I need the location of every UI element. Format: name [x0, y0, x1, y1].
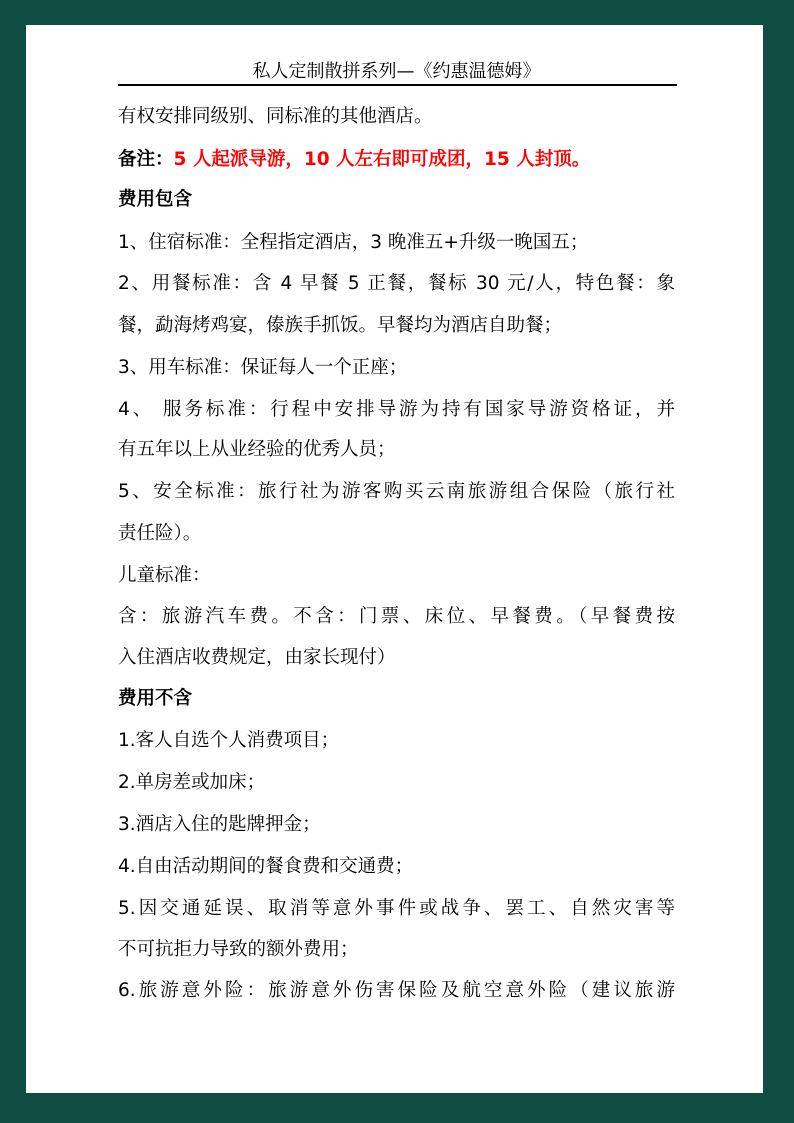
included-line: 3、用车标准：保证每人一个正座； [118, 356, 675, 380]
header-divider [118, 84, 677, 86]
intro-text: 有权安排同级别、同标准的其他酒店。 [118, 105, 675, 129]
included-line: 2、用餐标准：含 4 早餐 5 正餐，餐标 30 元/人，特色餐：象 [118, 272, 675, 296]
excluded-line: 4.自由活动期间的餐食费和交通费； [118, 855, 675, 879]
included-line: 餐，勐海烤鸡宴，傣族手抓饭。早餐均为酒店自助餐； [118, 314, 675, 338]
page-header-title: 私人定制散拼系列—《约惠温德姆》 [118, 61, 675, 83]
note-label: 备注： [118, 149, 174, 170]
note-line: 备注：5 人起派导游，10 人左右即可成团，15 人封顶。 [118, 148, 675, 172]
included-line: 有五年以上从业经验的优秀人员； [118, 438, 675, 462]
included-line: 4、 服务标准：行程中安排导游为持有国家导游资格证，并 [118, 398, 675, 422]
excluded-line: 6.旅游意外险：旅游意外伤害保险及航空意外险（建议旅游 [118, 979, 675, 1003]
included-line: 5、安全标准：旅行社为游客购买云南旅游组合保险（旅行社 [118, 480, 675, 504]
document-page: 私人定制散拼系列—《约惠温德姆》 有权安排同级别、同标准的其他酒店。 备注：5 … [26, 25, 763, 1093]
child-standard-label: 儿童标准： [118, 564, 675, 588]
excluded-line: 1.客人自选个人消费项目； [118, 729, 675, 753]
excluded-line: 3.酒店入住的匙牌押金； [118, 813, 675, 837]
included-heading: 费用包含 [118, 188, 675, 212]
excluded-line: 2.单房差或加床； [118, 771, 675, 795]
note-text: 5 人起派导游，10 人左右即可成团，15 人封顶。 [174, 149, 591, 170]
included-line: 含：旅游汽车费。不含：门票、床位、早餐费。（早餐费按 [118, 605, 675, 629]
included-line: 入住酒店收费规定，由家长现付） [118, 646, 675, 670]
included-line: 1、住宿标准：全程指定酒店，3 晚准五+升级一晚国五； [118, 231, 675, 255]
excluded-line: 不可抗拒力导致的额外费用； [118, 938, 675, 962]
excluded-line: 5.因交通延误、取消等意外事件或战争、罢工、自然灾害等 [118, 897, 675, 921]
included-line: 责任险）。 [118, 522, 675, 546]
excluded-heading: 费用不含 [118, 687, 675, 711]
